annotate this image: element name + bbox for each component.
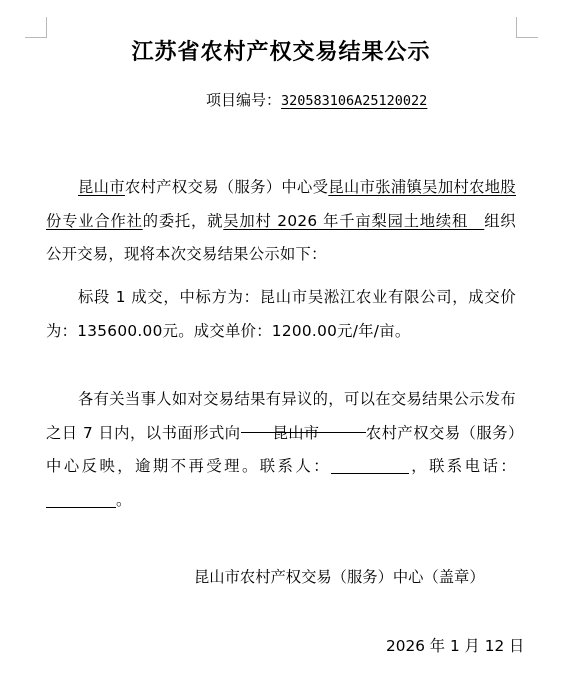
- paragraph-text: ，联系电话：: [409, 457, 516, 475]
- paragraph-text: 。: [116, 491, 132, 509]
- paragraph-text: 农村产权交易（服务）中心受: [125, 178, 328, 196]
- paragraph-objection: 各有关当事人如对交易结果有异议的，可以在交易结果公示发布之日 7 日内，以书面形…: [46, 383, 516, 517]
- page-corner-mark-left: [25, 17, 47, 38]
- page-corner-mark-right: [516, 17, 538, 38]
- signature-line: 昆山市农村产权交易（服务）中心（盖章）: [194, 565, 485, 589]
- document-date: 2026 年 1 月 12 日: [386, 634, 524, 658]
- contact-person-field: [331, 458, 409, 474]
- paragraph-text: 的委托，就: [143, 212, 224, 230]
- paragraph-commission: 昆山市农村产权交易（服务）中心受昆山市张浦镇吴加村农地股份专业合作社的委托，就吴…: [46, 171, 516, 272]
- paragraph-result: 标段 1 成交，中标方为：昆山市吴淞江农业有限公司，成交价为：135600.00…: [46, 281, 516, 348]
- org-name: 昆山市: [78, 178, 125, 196]
- contact-phone-field: [46, 491, 116, 507]
- project-name: 吴加村 2026 年千亩梨园土地续租: [223, 212, 484, 230]
- project-code-line: 项目编号：320583106A25120022: [206, 89, 427, 112]
- city-field: 昆山市: [241, 417, 366, 433]
- project-code-label: 项目编号：: [206, 91, 281, 109]
- project-code-value: 320583106A25120022: [281, 93, 427, 109]
- document-title: 江苏省农村产权交易结果公示: [46, 38, 516, 68]
